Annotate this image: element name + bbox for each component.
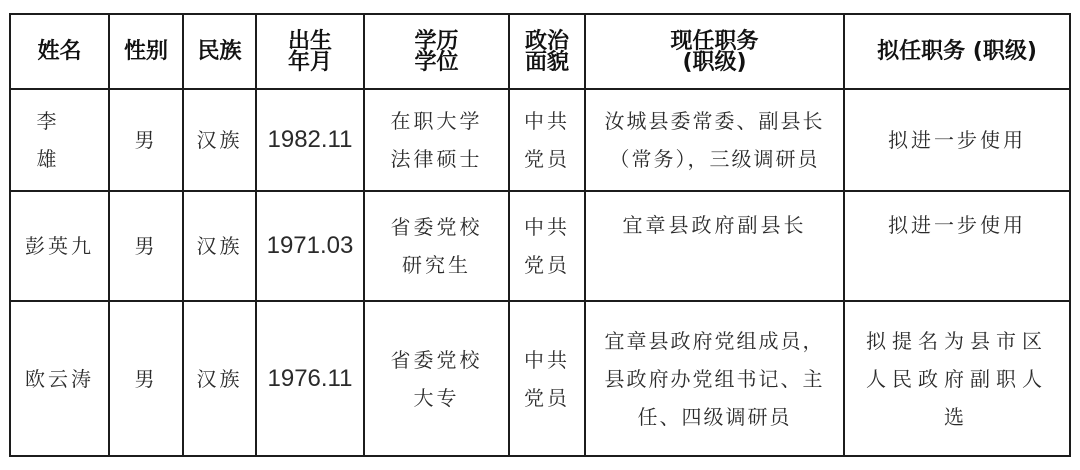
- cell-current-position: 宜章县政府副县长: [585, 191, 844, 301]
- cell-line: 研究生: [365, 246, 508, 284]
- cell-gender: 男: [109, 89, 183, 191]
- cell-birth: 1982.11: [256, 89, 364, 191]
- cell-name: 彭英九: [10, 191, 109, 301]
- cell-line: 中共: [510, 208, 584, 246]
- header-birth: 出生 年月: [256, 14, 364, 89]
- cell-line: 拟进一步使用: [845, 121, 1069, 159]
- cell-ethnicity: 汉族: [183, 89, 256, 191]
- cell-proposed-position: 拟提名为县市区 人民政府副职人 选: [844, 301, 1070, 456]
- table-row: 彭英九 男 汉族 1971.03 省委党校 研究生 中共 党员 宜章县政府副县长…: [10, 191, 1070, 301]
- cell-line: 拟提名为县市区: [845, 322, 1069, 360]
- cell-line: 拟进一步使用: [845, 206, 1069, 244]
- cell-line: 在职大学: [365, 102, 508, 140]
- cell-gender: 男: [109, 191, 183, 301]
- cell-line: 大专: [365, 379, 508, 417]
- cell-proposed-position: 拟进一步使用: [844, 89, 1070, 191]
- cell-party: 中共 党员: [509, 191, 585, 301]
- cell-ethnicity: 汉族: [183, 191, 256, 301]
- header-text: 姓名: [11, 41, 108, 63]
- cell-name: 李 雄: [10, 89, 109, 191]
- header-ethnicity: 民族: [183, 14, 256, 89]
- cell-line: 中共: [510, 102, 584, 140]
- header-name: 姓名: [10, 14, 109, 89]
- personnel-table: 姓名 性别 民族 出生 年月 学历 学位 政治 面貌 现任职务 (职级) 拟任职…: [9, 13, 1071, 457]
- header-text: 政治: [510, 31, 584, 52]
- header-current-position: 现任职务 (职级): [585, 14, 844, 89]
- cell-line: 党员: [510, 379, 584, 417]
- cell-line: 党员: [510, 140, 584, 178]
- table-row: 李 雄 男 汉族 1982.11 在职大学 法律硕士 中共 党员 汝城县委常委、…: [10, 89, 1070, 191]
- cell-education: 在职大学 法律硕士: [364, 89, 509, 191]
- cell-line: 党员: [510, 246, 584, 284]
- header-text: 民族: [184, 41, 255, 63]
- cell-current-position: 汝城县委常委、副县长 （常务），三级调研员: [585, 89, 844, 191]
- cell-proposed-position: 拟进一步使用: [844, 191, 1070, 301]
- cell-birth: 1971.03: [256, 191, 364, 301]
- cell-line: 任、四级调研员: [586, 398, 843, 436]
- cell-line: 中共: [510, 341, 584, 379]
- cell-line: 县政府办党组书记、主: [586, 360, 843, 398]
- header-text: 学位: [365, 52, 508, 73]
- cell-birth: 1976.11: [256, 301, 364, 456]
- cell-line: 选: [845, 398, 1069, 436]
- cell-line: 汝城县委常委、副县长: [586, 102, 843, 140]
- header-text: 学历: [365, 31, 508, 52]
- cell-party: 中共 党员: [509, 89, 585, 191]
- cell-line: 宜章县政府党组成员，: [586, 322, 843, 360]
- cell-ethnicity: 汉族: [183, 301, 256, 456]
- header-text: 面貌: [510, 52, 584, 73]
- cell-gender: 男: [109, 301, 183, 456]
- cell-line: 省委党校: [365, 208, 508, 246]
- table-row: 欧云涛 男 汉族 1976.11 省委党校 大专 中共 党员 宜章县政府党组成员…: [10, 301, 1070, 456]
- header-text: 性别: [110, 41, 182, 63]
- cell-party: 中共 党员: [509, 301, 585, 456]
- cell-current-position: 宜章县政府党组成员， 县政府办党组书记、主 任、四级调研员: [585, 301, 844, 456]
- cell-education: 省委党校 大专: [364, 301, 509, 456]
- cell-line: 宜章县政府副县长: [586, 206, 843, 244]
- header-proposed-position: 拟任职务 (职级): [844, 14, 1070, 89]
- cell-line: 省委党校: [365, 341, 508, 379]
- header-text: 出生: [257, 31, 363, 52]
- header-gender: 性别: [109, 14, 183, 89]
- header-text: 拟任职务 (职级): [845, 41, 1069, 63]
- cell-name: 欧云涛: [10, 301, 109, 456]
- header-party: 政治 面貌: [509, 14, 585, 89]
- cell-line: 人民政府副职人: [845, 360, 1069, 398]
- header-row: 姓名 性别 民族 出生 年月 学历 学位 政治 面貌 现任职务 (职级) 拟任职…: [10, 14, 1070, 89]
- header-text: (职级): [586, 52, 843, 73]
- header-text: 现任职务: [586, 31, 843, 52]
- header-education: 学历 学位: [364, 14, 509, 89]
- cell-line: 法律硕士: [365, 140, 508, 178]
- cell-line: （常务），三级调研员: [586, 140, 843, 178]
- cell-education: 省委党校 研究生: [364, 191, 509, 301]
- header-text: 年月: [257, 52, 363, 73]
